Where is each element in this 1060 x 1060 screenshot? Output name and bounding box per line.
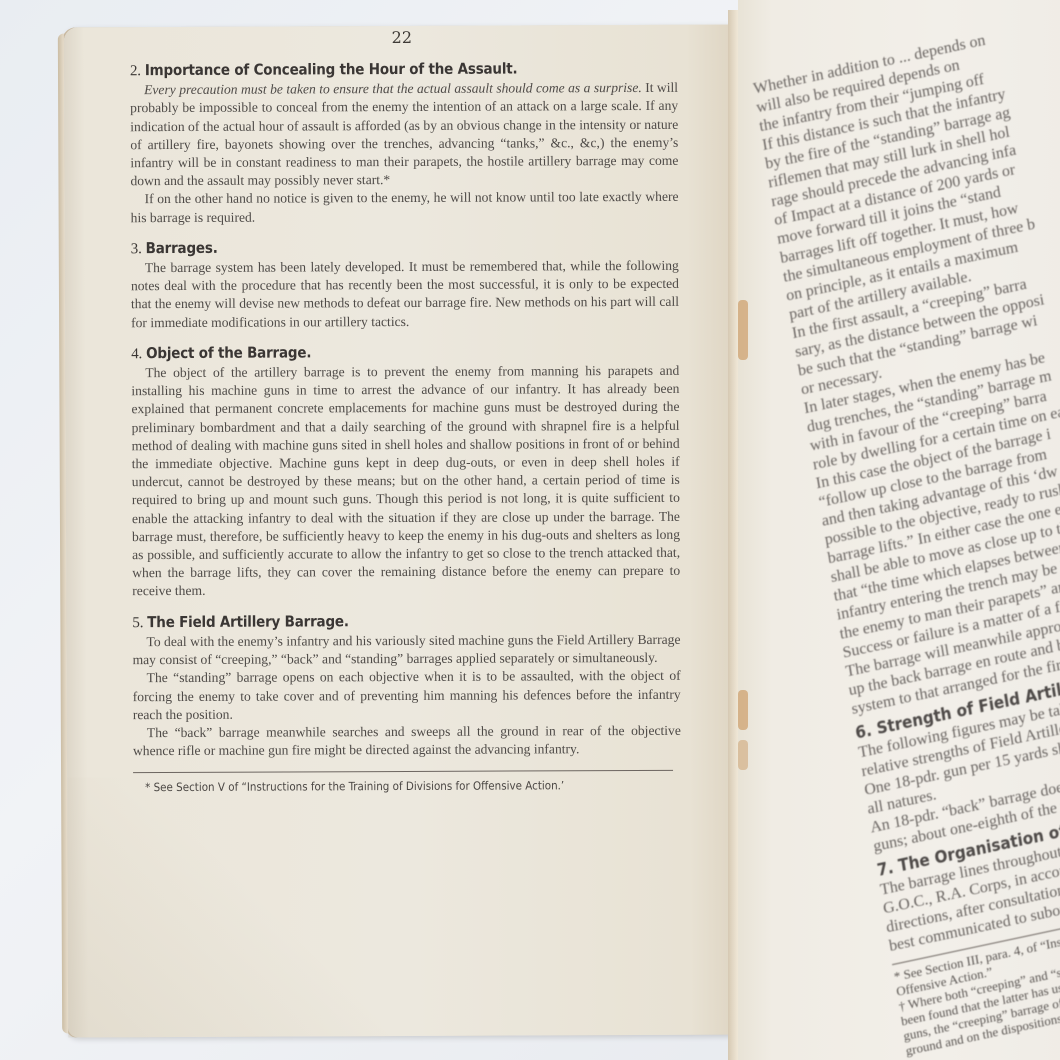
section-number: 5. <box>132 615 143 631</box>
right-page-lines: Whether in addition to ... depends onwil… <box>752 0 1060 719</box>
italic-lead: Every precaution must be taken to ensure… <box>144 80 642 97</box>
paragraph: The “standing” barrage opens on each obj… <box>133 667 681 724</box>
section-heading: 4.Object of the Barrage. <box>131 342 679 364</box>
paragraph: The “back” barrage meanwhile searches an… <box>133 722 681 761</box>
section-heading: 5.The Field Artillery Barrage. <box>132 610 680 632</box>
section-title: The Field Artillery Barrage. <box>147 612 349 631</box>
section-number: 4. <box>131 346 142 362</box>
paragraph: Every precaution must be taken to ensure… <box>130 79 678 191</box>
section-title: Barrages. <box>146 239 218 257</box>
right-page: Whether in addition to ... depends onwil… <box>738 0 1060 1060</box>
footnote: * See Section V of “Instructions for the… <box>133 777 681 795</box>
rust-stain <box>738 300 748 360</box>
section-4: 4.Object of the Barrage. The object of t… <box>131 342 680 601</box>
paragraph: To deal with the enemy’s infantry and hi… <box>132 631 680 670</box>
section-number: 2. <box>130 63 141 79</box>
paragraph: The object of the artillery barrage is t… <box>131 362 680 601</box>
section-5: 5.The Field Artillery Barrage. To deal w… <box>132 610 681 760</box>
section-heading: 2.Importance of Concealing the Hour of t… <box>130 59 678 81</box>
rust-stain <box>738 690 748 730</box>
section-title: Importance of Concealing the Hour of the… <box>145 60 518 80</box>
page-number: 22 <box>64 27 740 49</box>
section-heading: 3.Barrages. <box>131 237 679 259</box>
rust-stain <box>738 740 748 770</box>
section-3: 3.Barrages. The barrage system has been … <box>131 237 679 332</box>
section-number: 3. <box>131 241 142 257</box>
paragraph: The barrage system has been lately devel… <box>131 257 679 332</box>
left-page-content: 2.Importance of Concealing the Hour of t… <box>130 59 681 796</box>
right-page-content: Whether in addition to ... depends onwil… <box>752 0 1060 1058</box>
section-2: 2.Importance of Concealing the Hour of t… <box>130 59 679 227</box>
footnote-divider <box>133 770 673 773</box>
section-title: Object of the Barrage. <box>146 343 311 362</box>
paragraph: If on the other hand no notice is given … <box>131 188 679 227</box>
left-page: 22 2.Importance of Concealing the Hour o… <box>64 25 744 1038</box>
